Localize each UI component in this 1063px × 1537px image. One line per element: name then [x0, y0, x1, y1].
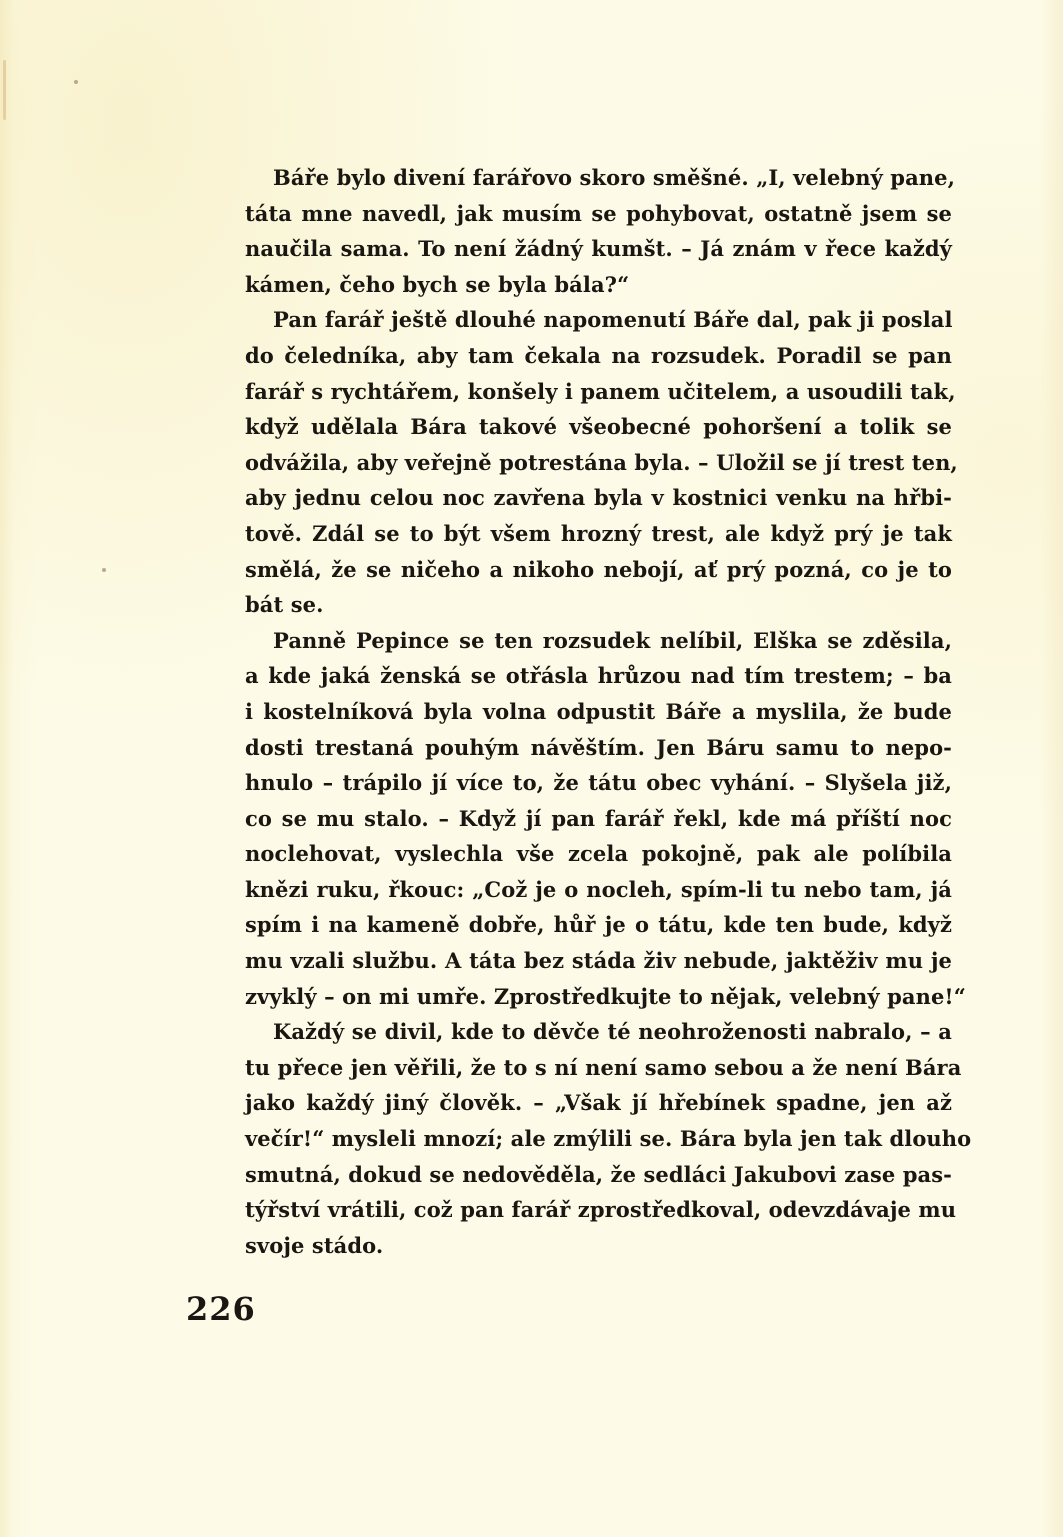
paragraph: Pan farář ještě dlouhé napomenutí Báře d… [245, 302, 952, 622]
text-line: aby jednu celou noc zavřena byla v kostn… [245, 480, 952, 516]
text-line: jako každý jiný člověk. – „Však jí hřebí… [245, 1085, 952, 1121]
text-line: dosti trestaná pouhým návěštím. Jen Báru… [245, 730, 952, 766]
paragraph: Panně Pepince se ten rozsudek nelíbil, E… [245, 623, 952, 1015]
paper-speck [74, 80, 78, 84]
body-text: Báře bylo divení farářovo skoro směšné. … [245, 160, 952, 1263]
paper-speck [102, 568, 106, 572]
text-line: když udělala Bára takové všeobecné pohor… [245, 409, 952, 445]
text-line: kámen, čeho bych se byla bála?“ [245, 267, 952, 303]
text-line: Báře bylo divení farářovo skoro směšné. … [245, 160, 952, 196]
text-line: Pan farář ještě dlouhé napomenutí Báře d… [245, 302, 952, 338]
paragraph: Báře bylo divení farářovo skoro směšné. … [245, 160, 952, 302]
text-line: odvážila, aby veřejně potrestána byla. –… [245, 445, 952, 481]
text-line: týřství vrátili, což pan farář zprostřed… [245, 1192, 952, 1228]
page-number: 226 [186, 1290, 256, 1328]
text-line: naučila sama. To není žádný kumšt. – Já … [245, 231, 952, 267]
text-line: večír!“ mysleli mnozí; ale zmýlili se. B… [245, 1121, 952, 1157]
text-line: do čeledníka, aby tam čekala na rozsudek… [245, 338, 952, 374]
text-line: smělá, že se ničeho a nikoho nebojí, ať … [245, 552, 952, 588]
text-line: nocleh​ovat, vyslechla vše zcela pokojně… [245, 836, 952, 872]
text-line: Každý se divil, kde to děvče té neohrože… [245, 1014, 952, 1050]
text-line: spím i na kameně dobře, hůř je o tátu, k… [245, 907, 952, 943]
text-line: tu přece jen věřili, že to s ní není sam… [245, 1050, 952, 1086]
paragraph: Každý se divil, kde to děvče té neohrože… [245, 1014, 952, 1263]
text-line: hnulo – trápilo jí více to, že tátu obec… [245, 765, 952, 801]
text-line: zvyklý – on mi umře. Zprostředkujte to n… [245, 979, 952, 1015]
text-line: co se mu stalo. – Když jí pan farář řekl… [245, 801, 952, 837]
text-line: a kde jaká ženská se otřásla hrůzou nad … [245, 658, 952, 694]
text-line: svoje stádo. [245, 1228, 952, 1264]
text-line: smutná, dokud se nedověděla, že sedláci … [245, 1157, 952, 1193]
text-line: mu vzali službu. A táta bez stáda živ ne… [245, 943, 952, 979]
text-line: farář s rychtářem, konšely i panem učite… [245, 374, 952, 410]
text-line: Panně Pepince se ten rozsudek nelíbil, E… [245, 623, 952, 659]
text-line: knězi ruku, řkouc: „Což je o nocleh, spí… [245, 872, 952, 908]
text-line: i kostelníková byla volna odpustit Báře … [245, 694, 952, 730]
text-line: táta mne navedl, jak musím se pohybovat,… [245, 196, 952, 232]
text-line: bát se. [245, 587, 952, 623]
paper-stain [3, 60, 6, 120]
text-line: tově. Zdál se to být všem hrozný trest, … [245, 516, 952, 552]
